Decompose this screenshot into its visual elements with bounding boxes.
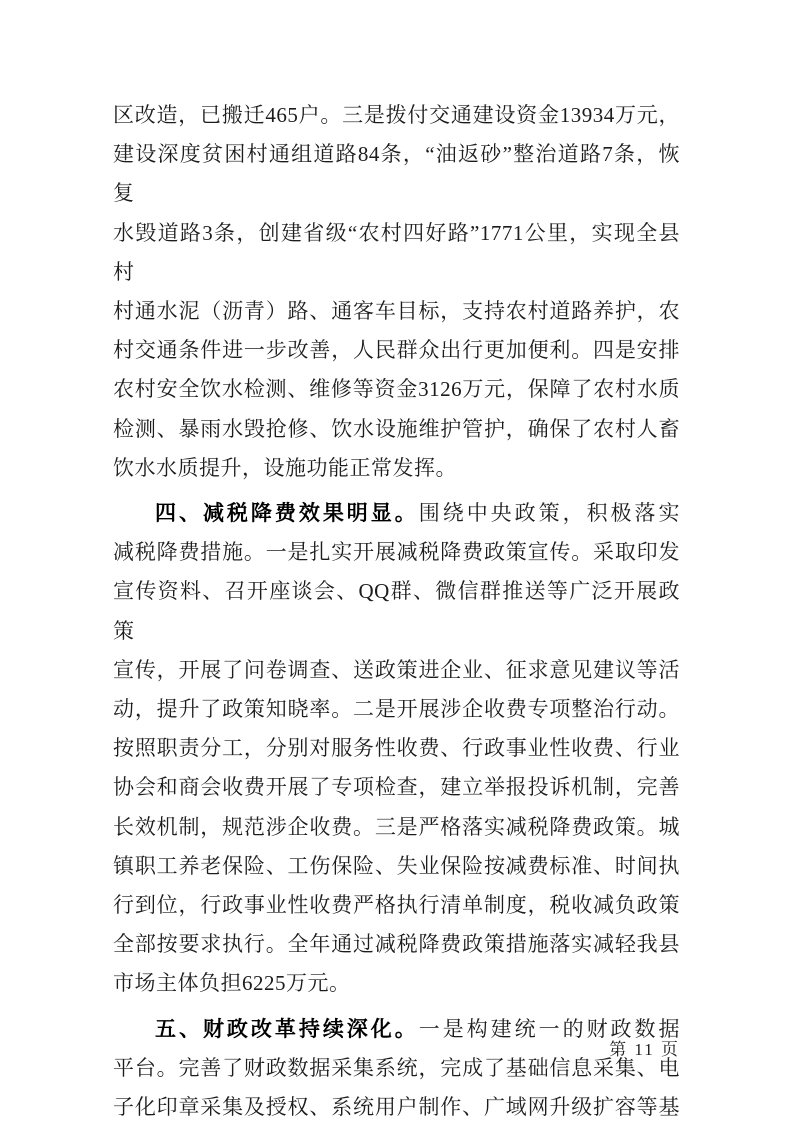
text-line: 区改造，已搬迁465户。三是拨付交通建设资金13934万元， bbox=[113, 96, 680, 135]
line-text: 村交通条件进一步改善，人民群众出行更加便利。四是安排 bbox=[113, 338, 680, 362]
line-text: 水毁道路3条，创建省级“农村四好路”1771公里，实现全县村 bbox=[113, 221, 680, 284]
text-line: 全部按要求执行。全年通过减税降费政策措施落实减轻我县 bbox=[113, 925, 680, 964]
section-heading: 五、财政改革持续深化。 bbox=[155, 1018, 419, 1041]
text-line: 农村安全饮水检测、维修等资金3126万元，保障了农村水质 bbox=[113, 370, 680, 409]
text-line: 水毁道路3条，创建省级“农村四好路”1771公里，实现全县村 bbox=[113, 214, 680, 292]
text-paragraph: 四、减税降费效果明显。围绕中央政策，积极落实减税降费措施。一是扎实开展减税降费政… bbox=[113, 494, 680, 1004]
line-text: 围绕中央政策，积极落实 bbox=[419, 501, 680, 525]
text-line: 减税降费措施。一是扎实开展减税降费政策宣传。采取印发 bbox=[113, 533, 680, 572]
text-paragraph: 五、财政改革持续深化。一是构建统一的财政数据平台。完善了财政数据采集系统，完成了… bbox=[113, 1010, 680, 1122]
line-text: 全部按要求执行。全年通过减税降费政策措施落实减轻我县 bbox=[113, 932, 680, 956]
text-line: 建设深度贫困村通组道路84条，“油返砂”整治道路7条，恢复 bbox=[113, 135, 680, 213]
text-line: 检测、暴雨水毁抢修、饮水设施维护管护，确保了农村人畜 bbox=[113, 410, 680, 449]
line-text: 村通水泥（沥青）路、通客车目标，支持农村道路养护，农 bbox=[113, 299, 680, 323]
line-text: 区改造，已搬迁465户。三是拨付交通建设资金13934万元， bbox=[113, 103, 680, 127]
line-text: 市场主体负担6225万元。 bbox=[113, 971, 351, 995]
text-line: 子化印章采集及授权、系统用户制作、广域网升级扩容等基 bbox=[113, 1088, 680, 1122]
text-line: 村通水泥（沥青）路、通客车目标，支持农村道路养护，农 bbox=[113, 292, 680, 331]
text-line: 协会和商会收费开展了专项检查，建立举报投诉机制，完善 bbox=[113, 768, 680, 807]
text-line: 镇职工养老保险、工伤保险、失业保险按减费标准、时间执 bbox=[113, 847, 680, 886]
line-text: 协会和商会收费开展了专项检查，建立举报投诉机制，完善 bbox=[113, 775, 680, 799]
text-paragraph: 区改造，已搬迁465户。三是拨付交通建设资金13934万元，建设深度贫困村通组道… bbox=[113, 96, 680, 488]
line-text: 动，提升了政策知晓率。二是开展涉企收费专项整治行动。 bbox=[113, 697, 680, 721]
line-text: 农村安全饮水检测、维修等资金3126万元，保障了农村水质 bbox=[113, 377, 680, 401]
text-line: 动，提升了政策知晓率。二是开展涉企收费专项整治行动。 bbox=[113, 690, 680, 729]
line-text: 子化印章采集及授权、系统用户制作、广域网升级扩容等基 bbox=[113, 1095, 680, 1119]
text-line: 行到位，行政事业性收费严格执行清单制度，税收减负政策 bbox=[113, 886, 680, 925]
text-line: 宣传，开展了问卷调查、送政策进企业、征求意见建议等活 bbox=[113, 651, 680, 690]
text-line: 长效机制，规范涉企收费。三是严格落实减税降费政策。城 bbox=[113, 808, 680, 847]
text-line: 宣传资料、召开座谈会、QQ群、微信群推送等广泛开展政策 bbox=[113, 572, 680, 650]
line-text: 镇职工养老保险、工伤保险、失业保险按减费标准、时间执 bbox=[113, 854, 680, 878]
line-text: 平台。完善了财政数据采集系统，完成了基础信息采集、电 bbox=[113, 1056, 680, 1080]
line-text: 检测、暴雨水毁抢修、饮水设施维护管护，确保了农村人畜 bbox=[113, 417, 680, 441]
text-line: 按照职责分工，分别对服务性收费、行政事业性收费、行业 bbox=[113, 729, 680, 768]
text-line: 平台。完善了财政数据采集系统，完成了基础信息采集、电 bbox=[113, 1049, 680, 1088]
line-text: 宣传，开展了问卷调查、送政策进企业、征求意见建议等活 bbox=[113, 658, 680, 682]
text-line: 五、财政改革持续深化。一是构建统一的财政数据 bbox=[113, 1010, 680, 1049]
line-text: 减税降费措施。一是扎实开展减税降费政策宣传。采取印发 bbox=[113, 540, 680, 564]
document-page: 区改造，已搬迁465户。三是拨付交通建设资金13934万元，建设深度贫困村通组道… bbox=[0, 0, 793, 1122]
text-line: 村交通条件进一步改善，人民群众出行更加便利。四是安排 bbox=[113, 331, 680, 370]
line-text: 一是构建统一的财政数据 bbox=[419, 1017, 680, 1041]
line-text: 宣传资料、召开座谈会、QQ群、微信群推送等广泛开展政策 bbox=[113, 579, 680, 642]
line-text: 长效机制，规范涉企收费。三是严格落实减税降费政策。城 bbox=[113, 815, 680, 839]
page-footer: 第 11 页 bbox=[609, 1040, 680, 1060]
line-text: 建设深度贫困村通组道路84条，“油返砂”整治道路7条，恢复 bbox=[113, 142, 680, 205]
page-content: 区改造，已搬迁465户。三是拨付交通建设资金13934万元，建设深度贫困村通组道… bbox=[113, 96, 680, 1122]
text-line: 四、减税降费效果明显。围绕中央政策，积极落实 bbox=[113, 494, 680, 533]
section-heading: 四、减税降费效果明显。 bbox=[155, 502, 419, 525]
line-text: 按照职责分工，分别对服务性收费、行政事业性收费、行业 bbox=[113, 736, 680, 760]
text-line: 饮水水质提升，设施功能正常发挥。 bbox=[113, 449, 680, 488]
line-text: 行到位，行政事业性收费严格执行清单制度，税收减负政策 bbox=[113, 893, 680, 917]
line-text: 饮水水质提升，设施功能正常发挥。 bbox=[113, 456, 457, 480]
text-line: 市场主体负担6225万元。 bbox=[113, 964, 680, 1003]
